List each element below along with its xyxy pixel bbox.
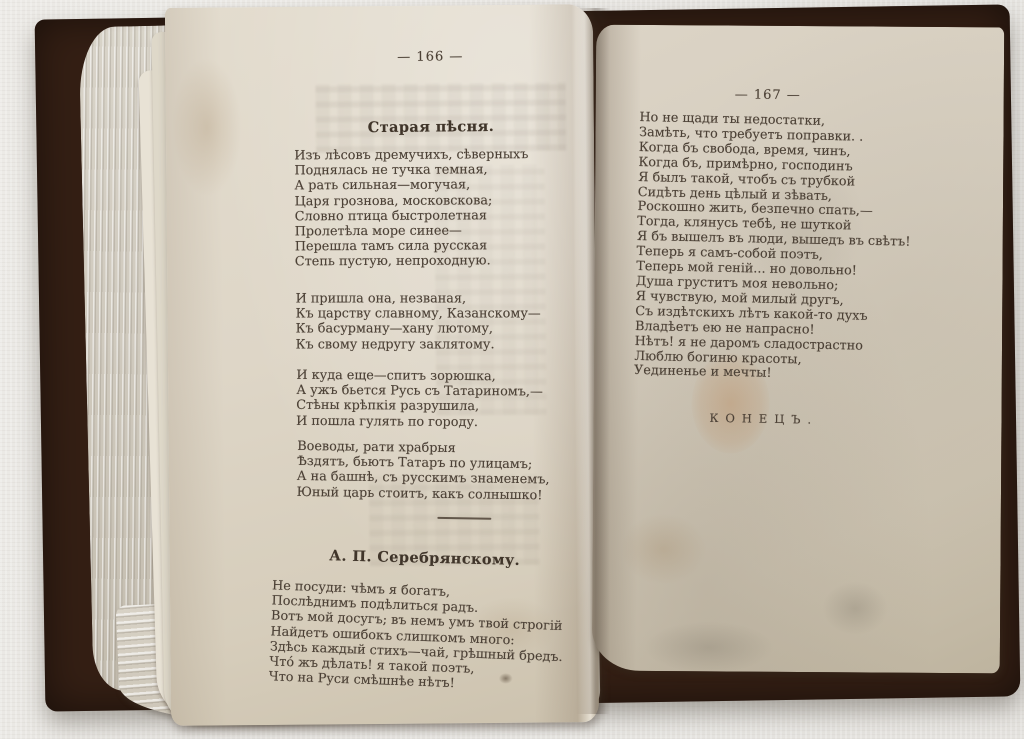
page-number: — 166 — — [285, 48, 575, 66]
verse-line: Словно птица быстролетная — [295, 208, 529, 224]
verse-line: А рать сильная—могучая, — [294, 178, 528, 194]
verse-stanza: И пришла она, незваная,Къ царству славно… — [296, 292, 541, 353]
stain — [620, 513, 707, 586]
section-divider — [437, 517, 491, 520]
verse-line: Пролетѣла море синее— — [295, 223, 529, 239]
stain — [822, 581, 888, 635]
verse-stanza: И куда еще—спитъ зорюшка,А ужъ бьется Ру… — [296, 368, 543, 431]
stain — [171, 57, 242, 198]
verse-line: Къ басурману—хану лютому, — [296, 322, 541, 337]
verse-line: Изъ лѣсовъ дремучихъ, сѣверныхъ — [294, 147, 528, 163]
verse-line: Къ царству славному, Казанскому— — [296, 307, 541, 322]
left-page: — 166 — Старая пѣсня. Изъ лѣсовъ дремучи… — [165, 4, 599, 726]
stain — [644, 621, 774, 673]
dedication-title: А. П. Серебрянскому. — [280, 546, 570, 570]
verse-stanza: Не посуди: чѣмъ я богатъ,Послѣднимъ подѣ… — [269, 578, 566, 695]
verse-line: А ужъ бьется Русь съ Татариномъ,— — [296, 383, 543, 400]
verse-line: Перешла тамъ сила русская — [295, 238, 529, 254]
verse-line: Степь пустую, непроходную. — [295, 254, 529, 270]
verse-line: Юный царь стоитъ, какъ солнышко! — [297, 484, 550, 503]
poem-title: Старая пѣсня. — [286, 117, 576, 137]
right-page: — 167 — Но не щади ты недостатки,Замѣть,… — [592, 25, 1005, 674]
verse-line: И пошла гулять по городу. — [296, 413, 543, 430]
verse-stanza: Но не щади ты недостатки,Замѣть, что тре… — [634, 111, 913, 385]
verse-line: Стѣны крѣпкія разрушила, — [296, 398, 543, 415]
photo-background: — 166 — Старая пѣсня. Изъ лѣсовъ дремучи… — [0, 0, 1024, 739]
page-number: — 167 — — [638, 87, 898, 104]
verse-stanza: Воеводы, рати храбрыяѢздятъ, бьютъ Татар… — [297, 439, 550, 503]
verse-line: Царя грознова, московскова; — [295, 193, 529, 209]
verse-line: Поднялась не тучка темная, — [294, 162, 528, 178]
verse-line: И пришла она, незваная, — [296, 292, 541, 307]
verse-stanza: Изъ лѣсовъ дремучихъ, сѣверныхъПоднялась… — [294, 147, 529, 270]
end-word: КОНЕЦЪ. — [709, 411, 818, 427]
verse-line: Къ свому недругу заклятому. — [296, 337, 541, 352]
